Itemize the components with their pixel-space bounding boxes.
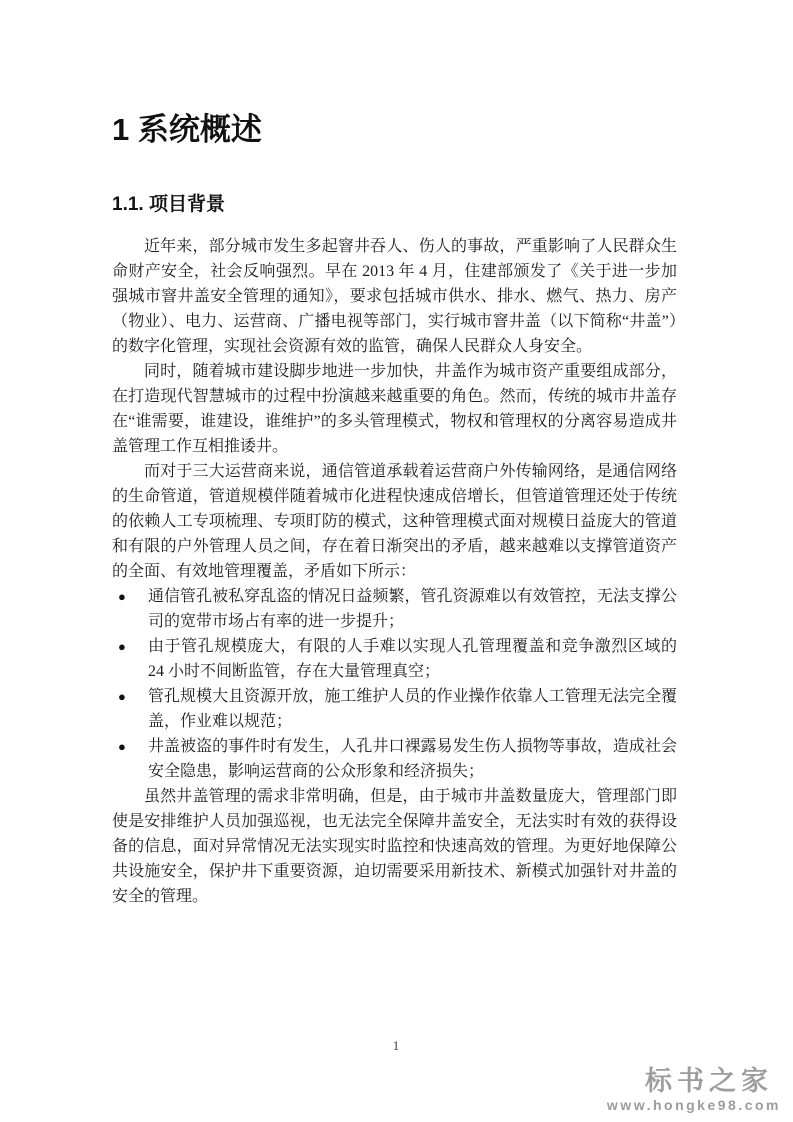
bullet-icon: ● bbox=[118, 684, 126, 709]
document-content: 1 系统概述 1.1. 项目背景 近年来，部分城市发生多起窨井吞人、伤人的事故，… bbox=[0, 0, 793, 909]
watermark-brand: 标书之家 bbox=[607, 1067, 773, 1095]
section-heading: 1.1. 项目背景 bbox=[112, 192, 677, 218]
bullet-icon: ● bbox=[118, 634, 126, 659]
closing-paragraph: 虽然井盖管理的需求非常明确，但是，由于城市井盖数量庞大，管理部门即使是安排维护人… bbox=[112, 784, 677, 909]
list-item-text: 管孔规模大且资源开放，施工维护人员的作业操作依靠人工管理无法完全覆盖，作业难以规… bbox=[148, 688, 677, 730]
paragraph-background-2: 同时，随着城市建设脚步地进一步加快，井盖作为城市资产重要组成部分，在打造现代智慧… bbox=[112, 359, 677, 459]
list-item: ● 管孔规模大且资源开放，施工维护人员的作业操作依靠人工管理无法完全覆盖，作业难… bbox=[112, 684, 677, 734]
page-number: 1 bbox=[0, 1038, 793, 1054]
bullet-icon: ● bbox=[118, 734, 126, 759]
chapter-heading: 1 系统概述 bbox=[112, 110, 677, 150]
bullet-icon: ● bbox=[118, 584, 126, 609]
list-item: ● 由于管孔规模庞大，有限的人手难以实现人孔管理覆盖和竞争激烈区域的 24 小时… bbox=[112, 634, 677, 684]
issues-list: ● 通信管孔被私穿乱盗的情况日益频繁，管孔资源难以有效管控，无法支撑公司的宽带市… bbox=[112, 584, 677, 784]
body-text: 近年来，部分城市发生多起窨井吞人、伤人的事故，严重影响了人民群众生命财产安全，社… bbox=[112, 234, 677, 909]
paragraph-background-3: 而对于三大运营商来说，通信管道承载着运营商户外传输网络，是通信网络的生命管道，管… bbox=[112, 459, 677, 584]
paragraph-background-1: 近年来，部分城市发生多起窨井吞人、伤人的事故，严重影响了人民群众生命财产安全，社… bbox=[112, 234, 677, 359]
list-item-text: 井盖被盗的事件时有发生，人孔井口裸露易发生伤人损物等事故，造成社会安全隐患，影响… bbox=[148, 738, 677, 780]
list-item: ● 井盖被盗的事件时有发生，人孔井口裸露易发生伤人损物等事故，造成社会安全隐患，… bbox=[112, 734, 677, 784]
watermark: 标书之家 www.hongke98.com bbox=[607, 1067, 781, 1114]
list-item: ● 通信管孔被私穿乱盗的情况日益频繁，管孔资源难以有效管控，无法支撑公司的宽带市… bbox=[112, 584, 677, 634]
list-item-text: 由于管孔规模庞大，有限的人手难以实现人孔管理覆盖和竞争激烈区域的 24 小时不间… bbox=[148, 638, 677, 680]
watermark-url: www.hongke98.com bbox=[607, 1096, 781, 1114]
list-item-text: 通信管孔被私穿乱盗的情况日益频繁，管孔资源难以有效管控，无法支撑公司的宽带市场占… bbox=[148, 588, 677, 630]
document-page: 1 系统概述 1.1. 项目背景 近年来，部分城市发生多起窨井吞人、伤人的事故，… bbox=[0, 0, 793, 1122]
